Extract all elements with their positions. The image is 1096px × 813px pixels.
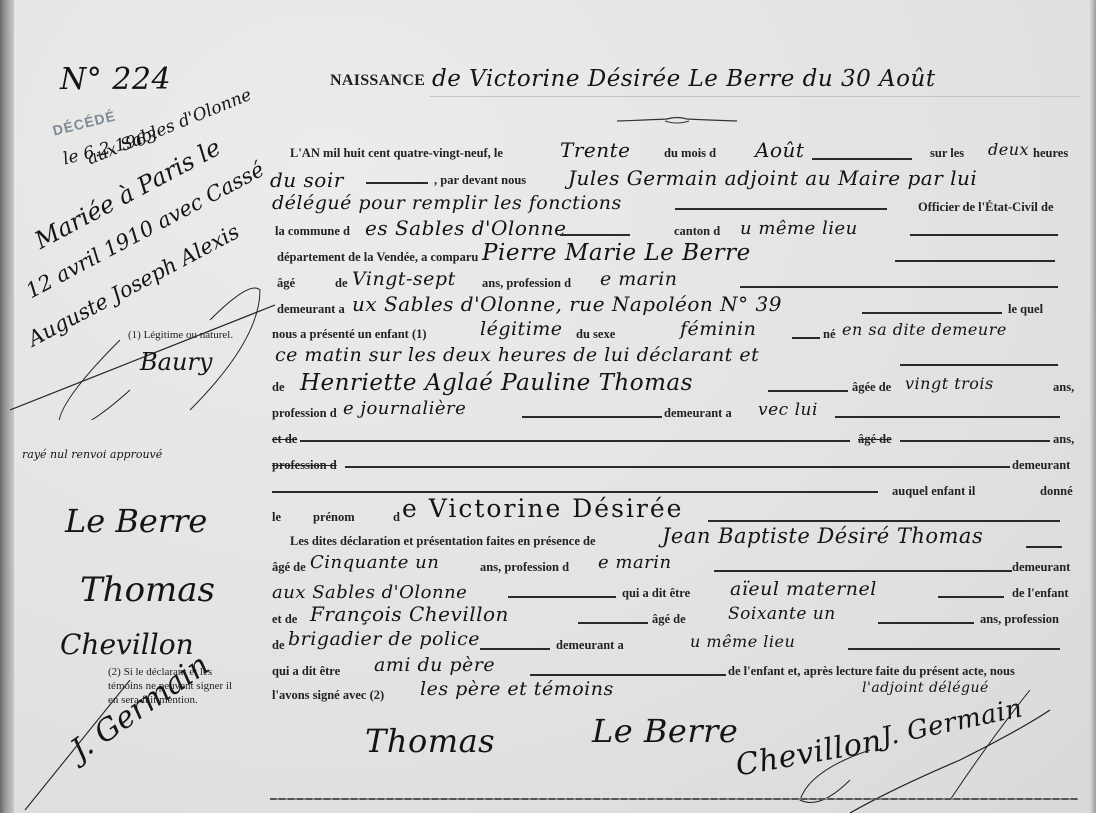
l1-day: Trente <box>560 138 631 162</box>
margin-signature-le-berre: Le Berre <box>65 502 207 540</box>
l5-printed: département de la Vendée, a comparu <box>277 250 478 265</box>
l11-rule-b <box>835 416 1060 418</box>
l3-printed: Officier de l'État-Civil de <box>918 200 1054 215</box>
l11-residence: vec lui <box>758 400 818 420</box>
l22-signatories: les père et témoins <box>420 678 614 700</box>
l10-rule <box>768 390 848 392</box>
l5-declarant: Pierre Marie Le Berre <box>482 240 751 266</box>
approval-note: rayé nul renvoi approuvé <box>22 448 162 461</box>
l7-residence: ux Sables d'Olonne, rue Napoléon N° 39 <box>352 292 782 316</box>
l14-printed-a: auquel enfant il <box>892 484 975 499</box>
l14-rule <box>272 491 878 493</box>
civil-registry-page: N° 224 NAISSANCE de Victorine Désirée Le… <box>0 0 1096 813</box>
l2-rule <box>366 182 428 184</box>
l13-struck-label: profession d <box>272 458 337 473</box>
l4-canton: u même lieu <box>740 218 858 239</box>
l11-residence-label: demeurant a <box>664 406 732 421</box>
l12-rule-a <box>300 440 850 442</box>
l17-residence-label: demeurant <box>1012 560 1070 575</box>
record-title-handwritten: de Victorine Désirée Le Berre du 30 Août <box>432 66 936 92</box>
l4-rule-a <box>560 234 630 236</box>
bottom-separator-rule <box>270 798 1078 800</box>
l21-relation: ami du père <box>374 654 495 676</box>
l15-d: d <box>393 510 400 525</box>
l10-age-label: âgée de <box>852 380 891 395</box>
l13-residence-label: demeurant <box>1012 458 1070 473</box>
l20-profession: brigadier de police <box>288 628 480 650</box>
l6-rule <box>740 286 1058 288</box>
l8-born-label: né <box>823 327 836 342</box>
l17-age-label: âgé de <box>272 560 306 575</box>
record-number: N° 224 <box>60 62 171 97</box>
ornament-flourish-icon <box>617 116 737 126</box>
l1-hour: deux <box>988 140 1029 159</box>
l8-printed: nous a présenté un enfant (1) <box>272 327 427 342</box>
l20-residence: u même lieu <box>690 632 795 651</box>
l6-profession: e marin <box>600 268 678 290</box>
l19-rule-b <box>878 622 974 624</box>
l3-rule <box>675 208 887 210</box>
l8-birthplace: en sa dite demeure <box>842 320 1007 339</box>
l3-delegated: délégué pour remplir les fonctions <box>272 192 622 214</box>
l8-sex-label: du sexe <box>576 327 615 342</box>
l18-enfant: de l'enfant <box>1012 586 1069 601</box>
l20-residence-label: demeurant a <box>556 638 624 653</box>
l19-witness2: François Chevillon <box>310 602 509 626</box>
l12-rule-b <box>900 440 1050 442</box>
l22-printed: l'avons signé avec (2) <box>272 688 384 703</box>
l4-commune: es Sables d'Olonne <box>365 216 566 240</box>
l5-rule <box>895 260 1055 262</box>
l10-de-label: de <box>272 380 285 395</box>
l8-rule <box>792 337 820 339</box>
record-title-printed: NAISSANCE <box>330 72 425 90</box>
l16-printed: Les dites déclaration et présentation fa… <box>290 534 596 549</box>
l16-rule <box>1026 546 1062 548</box>
l14-printed-b: donné <box>1040 484 1073 499</box>
l20-rule-b <box>848 648 1060 650</box>
l10-ans: ans, <box>1053 380 1074 395</box>
l15-le: le <box>272 510 281 525</box>
death-stamp: DÉCÉDÉ <box>51 107 117 138</box>
l15-prenom: prénom <box>313 510 355 525</box>
l1-month: Août <box>755 138 804 162</box>
l1-rule <box>812 158 912 160</box>
l2-time-of-day: du soir <box>270 168 344 192</box>
l13-rule <box>345 466 1010 468</box>
l19-age-label: âgé de <box>652 612 686 627</box>
l12-age-label: âgé de <box>858 432 892 447</box>
l18-relation: aïeul maternel <box>730 578 877 600</box>
l15-given-names: e Victorine Désirée <box>402 494 683 523</box>
l15-rule <box>708 520 1060 522</box>
l17-profession: e marin <box>598 552 672 573</box>
l9-rule <box>900 364 1058 366</box>
l2-officer: Jules Germain adjoint au Maire par lui <box>568 166 977 190</box>
l18-relation-label: qui a dit être <box>622 586 690 601</box>
page-right-edge <box>1090 0 1096 813</box>
l6-de-label: de <box>335 276 348 291</box>
l17-age: Cinquante un <box>310 552 439 573</box>
l16-witness1: Jean Baptiste Désiré Thomas <box>662 524 983 548</box>
l10-mother: Henriette Aglaé Pauline Thomas <box>300 370 693 396</box>
l21-rule <box>530 674 726 676</box>
l7-rule <box>862 312 1002 314</box>
l11-profession-label: profession d <box>272 406 337 421</box>
l4-commune-label: la commune d <box>275 224 350 239</box>
l8-sex: féminin <box>680 318 756 340</box>
signature-le-berre: Le Berre <box>592 712 738 750</box>
l9-birth-details: ce matin sur les deux heures de lui décl… <box>275 344 759 366</box>
signature-thomas: Thomas <box>365 722 495 760</box>
l21-printed: de l'enfant et, après lecture faite du p… <box>728 664 1015 679</box>
l17-rule <box>714 570 1012 572</box>
l18-rule-b <box>938 596 1004 598</box>
margin-flourish-icon <box>15 680 135 813</box>
l11-rule-a <box>522 416 662 418</box>
l17-profession-label: ans, profession d <box>480 560 569 575</box>
l4-rule-b <box>910 234 1058 236</box>
l18-residence: aux Sables d'Olonne <box>272 582 467 603</box>
l12-ans: ans, <box>1053 432 1074 447</box>
l1-hour-label: sur les <box>930 146 964 161</box>
l20-de: de <box>272 638 285 653</box>
l20-rule-a <box>480 648 550 650</box>
l19-et-de: et de <box>272 612 297 627</box>
footnote-legitimate: (1) Légitime ou naturel. <box>128 328 233 342</box>
l4-canton-label: canton d <box>674 224 720 239</box>
l8-legitimacy: légitime <box>480 318 563 340</box>
l6-age: Vingt-sept <box>352 268 456 290</box>
margin-signature-chevillon: Chevillon <box>60 628 194 661</box>
l1-hours-label: heures <box>1033 146 1068 161</box>
l10-age: vingt trois <box>905 374 994 393</box>
l7-residence-label: demeurant a <box>277 302 345 317</box>
l19-age: Soixante un <box>728 604 836 624</box>
title-underline <box>430 96 1080 97</box>
l19-rule-a <box>578 622 648 624</box>
l1-month-label: du mois d <box>664 146 716 161</box>
l12-struck-label: et de <box>272 432 297 447</box>
l6-profession-label: ans, profession d <box>482 276 571 291</box>
signature-flourish-icon <box>760 690 1060 813</box>
l18-rule-a <box>508 596 616 598</box>
margin-signature-thomas: Thomas <box>80 570 215 610</box>
l21-relation-label: qui a dit être <box>272 664 340 679</box>
l11-profession: e journalière <box>343 398 466 419</box>
l6-age-label: âgé <box>277 276 295 291</box>
l7-lequel: le quel <box>1008 302 1043 317</box>
l2-printed: , par devant nous <box>434 173 526 188</box>
l1-printed: L'AN mil huit cent quatre-vingt-neuf, le <box>290 146 503 161</box>
l19-profession-label: ans, profession <box>980 612 1059 627</box>
